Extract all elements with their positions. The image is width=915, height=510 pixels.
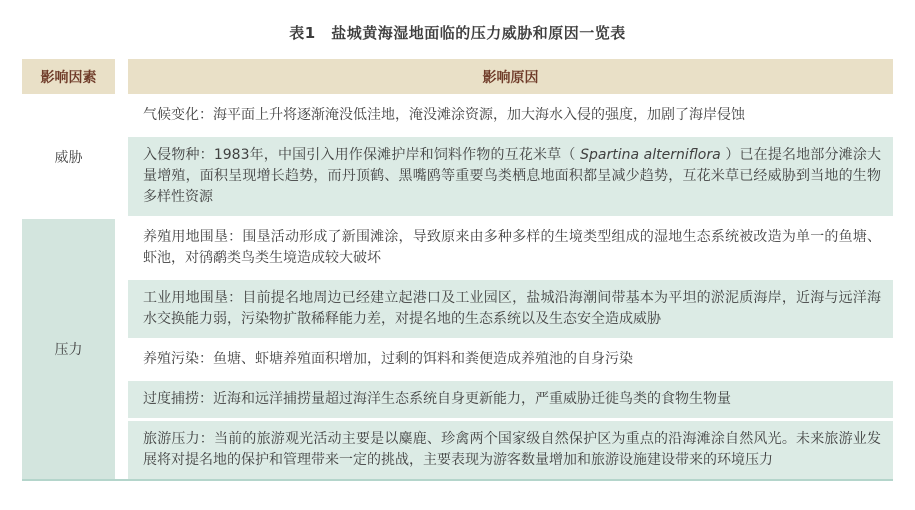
table-title: 表1 盐城黄海湿地面临的压力威胁和原因一览表 [0, 0, 915, 43]
row-overfishing: 过度捕捞：近海和远洋捕捞量超过海洋生态系统自身更新能力，严重威胁迁徙鸟类的食物生… [128, 381, 893, 418]
row-term: 工业用地围垦： [143, 290, 242, 306]
row-invasive-species: 入侵物种：1983年，中国引入用作保滩护岸和饲料作物的互花米草（ Spartin… [128, 137, 893, 216]
row-term: 气候变化： [143, 107, 213, 123]
group-pressure: 压力 养殖用地围垦：围垦活动形成了新围滩涂，导致原来由多种多样的生境类型组成的湿… [22, 219, 893, 479]
row-desc: 海平面上升将逐渐淹没低洼地，淹没滩涂资源，加大海水入侵的强度，加剧了海岸侵蚀 [213, 107, 745, 123]
row-desc: 近海和远洋捕捞量超过海洋生态系统自身更新能力，严重威胁迁徙鸟类的食物生物量 [213, 391, 731, 407]
row-desc: 目前提名地周边已经建立起港口及工业园区，盐城沿海潮间带基本为平坦的淤泥质海岸，近… [143, 290, 881, 327]
row-term: 旅游压力： [143, 431, 214, 447]
row-term: 养殖污染： [143, 351, 213, 367]
header-cell-factor: 影响因素 [22, 59, 115, 94]
factor-cell-pressure: 压力 [22, 219, 115, 479]
pressure-threat-table: 影响因素 影响原因 威胁 气候变化：海平面上升将逐渐淹没低洼地，淹没滩涂资源，加… [22, 59, 893, 481]
group-threat: 威胁 气候变化：海平面上升将逐渐淹没低洼地，淹没滩涂资源，加大海水入侵的强度，加… [22, 97, 893, 216]
row-desc-pre: 1983年，中国引入用作保滩护岸和饲料作物的互花米草（ [214, 147, 580, 163]
row-term: 养殖用地围垦： [143, 229, 242, 245]
pressure-rows: 养殖用地围垦：围垦活动形成了新围滩涂，导致原来由多种多样的生境类型组成的湿地生态… [128, 219, 893, 479]
row-desc: 鱼塘、虾塘养殖面积增加，过剩的饵料和粪便造成养殖池的自身污染 [213, 351, 633, 367]
row-term: 过度捕捞： [143, 391, 213, 407]
row-aquaculture-reclamation: 养殖用地围垦：围垦活动形成了新围滩涂，导致原来由多种多样的生境类型组成的湿地生态… [128, 219, 893, 277]
species-latin-name: Spartina alterniflora [580, 147, 721, 163]
row-industrial-reclamation: 工业用地围垦：目前提名地周边已经建立起港口及工业园区，盐城沿海潮间带基本为平坦的… [128, 280, 893, 338]
row-desc: 当前的旅游观光活动主要是以麋鹿、珍禽两个国家级自然保护区为重点的沿海滩涂自然风光… [143, 431, 881, 468]
header-cell-reason: 影响原因 [128, 59, 893, 94]
row-desc: 围垦活动形成了新围滩涂，导致原来由多种多样的生境类型组成的湿地生态系统被改造为单… [143, 229, 881, 266]
row-term: 入侵物种： [143, 147, 214, 163]
row-tourism-pressure: 旅游压力：当前的旅游观光活动主要是以麋鹿、珍禽两个国家级自然保护区为重点的沿海滩… [128, 421, 893, 479]
table-header-row: 影响因素 影响原因 [22, 59, 893, 94]
threat-rows: 气候变化：海平面上升将逐渐淹没低洼地，淹没滩涂资源，加大海水入侵的强度，加剧了海… [128, 97, 893, 216]
page: 表1 盐城黄海湿地面临的压力威胁和原因一览表 影响因素 影响原因 威胁 气候变化… [0, 0, 915, 510]
factor-cell-threat: 威胁 [22, 97, 115, 216]
row-climate-change: 气候变化：海平面上升将逐渐淹没低洼地，淹没滩涂资源，加大海水入侵的强度，加剧了海… [128, 97, 893, 134]
row-aquaculture-pollution: 养殖污染：鱼塘、虾塘养殖面积增加，过剩的饵料和粪便造成养殖池的自身污染 [128, 341, 893, 378]
